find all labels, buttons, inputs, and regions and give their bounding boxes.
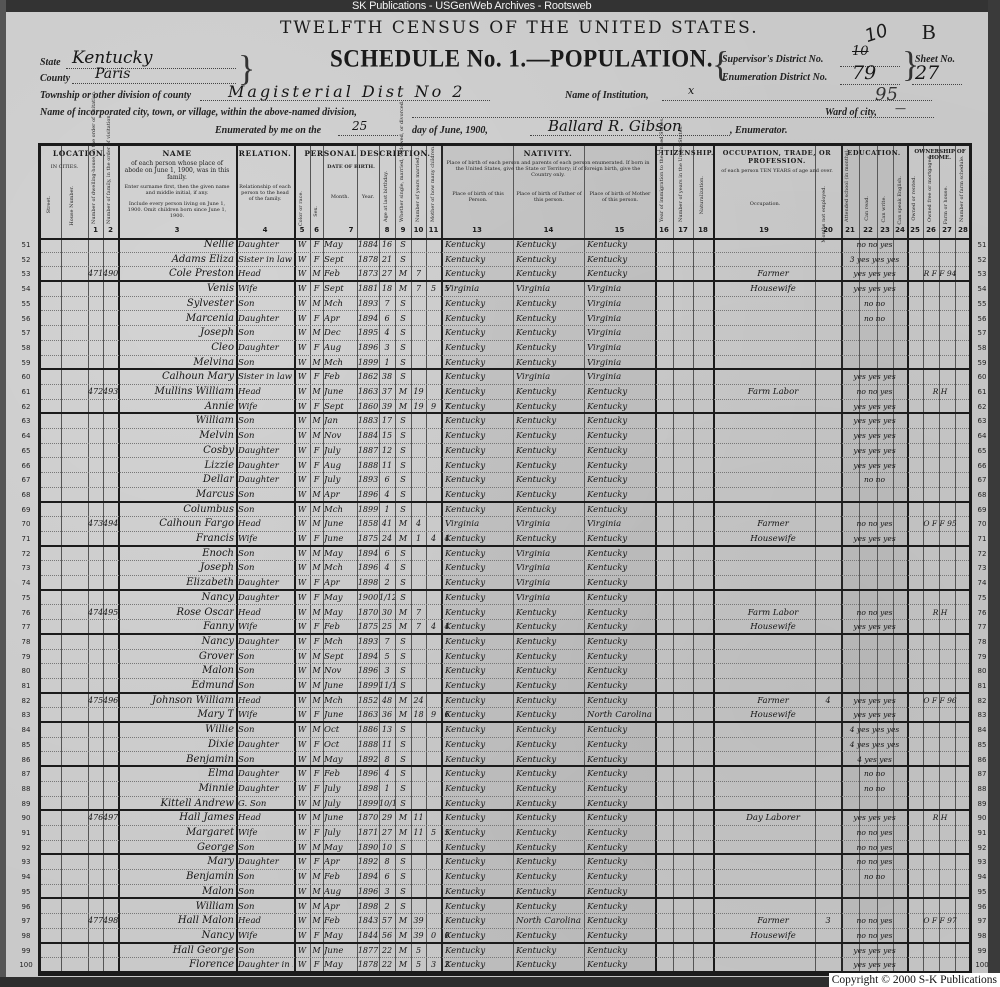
cell-mne xyxy=(815,517,841,531)
line-number-left: 67 xyxy=(16,476,36,484)
cell-mo xyxy=(426,753,441,767)
header-attended-school: Attended school (in months). xyxy=(844,166,850,222)
header-naturalization: Naturalization. xyxy=(699,176,705,214)
cell-pobf: Kentucky xyxy=(516,444,584,458)
cell-mne xyxy=(815,561,841,575)
cell-ym xyxy=(411,561,426,575)
cell-mne xyxy=(815,900,841,914)
cell-mne xyxy=(815,576,841,590)
cell-pobf: Kentucky xyxy=(516,944,584,958)
cell-pob: Kentucky xyxy=(445,532,513,546)
sheet-underline xyxy=(912,84,962,85)
cell-pobm: Kentucky xyxy=(587,694,655,708)
line-number-right: 68 xyxy=(972,491,992,499)
cell-own: R H xyxy=(908,606,972,620)
line-number-left: 86 xyxy=(16,756,36,764)
cell-pob: Kentucky xyxy=(445,238,513,252)
cell-name: Malon xyxy=(121,664,234,678)
cell-own xyxy=(908,312,972,326)
colnum: 23 xyxy=(877,226,893,234)
cell-edu: no no yes xyxy=(842,385,907,399)
cell-edu xyxy=(842,561,907,575)
cell-race: W xyxy=(294,620,310,634)
cell-fam xyxy=(103,797,118,811)
cell-rel: Daughter xyxy=(238,591,293,605)
cell-pob: Kentucky xyxy=(445,841,513,855)
census-page: SK Publications - USGenWeb Archives - Ro… xyxy=(0,0,1000,987)
cell-pobf: Kentucky xyxy=(516,297,584,311)
line-number-right: 83 xyxy=(972,711,992,719)
cell-race: W xyxy=(294,238,310,252)
colnum: 28 xyxy=(955,226,971,234)
cell-race: W xyxy=(294,488,310,502)
cell-edu: yes yes yes xyxy=(842,429,907,443)
cell-dw xyxy=(88,753,103,767)
cell-own: R H xyxy=(908,811,972,825)
cell-dw xyxy=(88,326,103,340)
cell-pob: Kentucky xyxy=(445,459,513,473)
cell-year: 1871 xyxy=(357,826,379,840)
cell-ym xyxy=(411,473,426,487)
table-row: Mary TWifeWFJune186336M1896KentuckyKentu… xyxy=(41,708,969,723)
cell-rel: Head xyxy=(238,517,293,531)
cell-mne: 4 xyxy=(815,694,841,708)
cell-fam xyxy=(103,561,118,575)
cell-sex: M xyxy=(310,694,323,708)
cell-pob: Kentucky xyxy=(445,312,513,326)
cell-fam: 498 xyxy=(103,914,118,928)
header-sex: Sex. xyxy=(313,206,319,217)
cell-fam xyxy=(103,650,118,664)
cell-month: Feb xyxy=(324,914,357,928)
cell-dw xyxy=(88,238,103,252)
cell-fam xyxy=(103,767,118,781)
cell-year: 1886 xyxy=(357,723,379,737)
line-number-right: 75 xyxy=(972,594,992,602)
line-number-left: 64 xyxy=(16,432,36,440)
cell-sex: F xyxy=(310,635,323,649)
cell-sex: F xyxy=(310,370,323,384)
cell-mne xyxy=(815,870,841,884)
cell-sex: M xyxy=(310,517,323,531)
header-can-speak: Can speak English. xyxy=(897,176,903,225)
cell-rel: Head xyxy=(238,811,293,825)
cell-age: 17 xyxy=(379,414,395,428)
ward-label: Ward of city, xyxy=(825,107,877,118)
table-row: ElmaDaughterWFFeb18964SKentuckyKentuckyK… xyxy=(41,767,969,782)
cell-pobf: Kentucky xyxy=(516,797,584,811)
cell-ym xyxy=(411,370,426,384)
cell-age: 4 xyxy=(379,561,395,575)
cell-race: W xyxy=(294,385,310,399)
cell-dw xyxy=(88,341,103,355)
cell-mne xyxy=(815,312,841,326)
cell-mo xyxy=(426,326,441,340)
cell-edu: yes yes yes xyxy=(842,370,907,384)
line-number-right: 65 xyxy=(972,447,992,455)
cell-pobf: Kentucky xyxy=(516,826,584,840)
cell-dw: 475 xyxy=(88,694,103,708)
cell-month: Apr xyxy=(324,576,357,590)
cell-rel: Son xyxy=(238,326,293,340)
cell-fam xyxy=(103,488,118,502)
cell-pobm: Kentucky xyxy=(587,914,655,928)
cell-edu xyxy=(842,547,907,561)
cell-age: 4 xyxy=(379,767,395,781)
cell-mo: 5 xyxy=(426,826,441,840)
cell-ym: 5 xyxy=(411,944,426,958)
cell-ym xyxy=(411,444,426,458)
county-label: County xyxy=(40,73,70,84)
line-number-right: 71 xyxy=(972,535,992,543)
cell-rel: Head xyxy=(238,385,293,399)
cell-fam xyxy=(103,885,118,899)
cell-rel: Son xyxy=(238,414,293,428)
cell-name: Rose Oscar xyxy=(121,606,234,620)
cell-age: 1 xyxy=(379,782,395,796)
colnum: 13 xyxy=(441,226,513,234)
table-row: CosbyDaughterWFJuly188712SKentuckyKentuc… xyxy=(41,444,969,459)
cell-occ xyxy=(731,738,815,752)
cell-edu xyxy=(842,635,907,649)
cell-age: 21 xyxy=(379,253,395,267)
cell-rel: Daughter xyxy=(238,473,293,487)
cell-fam xyxy=(103,312,118,326)
cell-dw xyxy=(88,650,103,664)
cell-pob: Kentucky xyxy=(445,723,513,737)
cell-race: W xyxy=(294,561,310,575)
cell-mar: S xyxy=(395,767,411,781)
cell-edu xyxy=(842,341,907,355)
cell-rel: Daughter xyxy=(238,444,293,458)
cell-mne xyxy=(815,238,841,252)
cell-mo xyxy=(426,811,441,825)
cell-race: W xyxy=(294,267,310,281)
cell-sex: M xyxy=(310,679,323,693)
table-row: WilliamSonWMApr18982SKentuckyKentuckyKen… xyxy=(41,900,969,915)
cell-name: Joseph xyxy=(121,561,234,575)
line-number-left: 87 xyxy=(16,770,36,778)
cell-name: Elma xyxy=(121,767,234,781)
cell-pobm: Kentucky xyxy=(587,473,655,487)
cell-age: 48 xyxy=(379,694,395,708)
cell-dw xyxy=(88,664,103,678)
cell-mo xyxy=(426,576,441,590)
cell-mne xyxy=(815,282,841,296)
cell-mo xyxy=(426,679,441,693)
cell-pobm: Kentucky xyxy=(587,826,655,840)
table-row: MaryDaughterWFApr18928SKentuckyKentuckyK… xyxy=(41,855,969,870)
cell-mar: S xyxy=(395,473,411,487)
cell-race: W xyxy=(294,356,310,370)
line-number-right: 97 xyxy=(972,917,992,925)
cell-pobf: Kentucky xyxy=(516,385,584,399)
line-number-right: 67 xyxy=(972,476,992,484)
cell-mne xyxy=(815,855,841,869)
line-number-left: 97 xyxy=(16,917,36,925)
cell-month: Oct xyxy=(324,723,357,737)
cell-own: O F F 97 xyxy=(908,914,972,928)
cell-mo: 3 xyxy=(426,958,441,972)
cell-mo xyxy=(426,297,441,311)
cell-dw xyxy=(88,459,103,473)
cell-age: 7 xyxy=(379,635,395,649)
cell-sex: F xyxy=(310,444,323,458)
cell-name: Kittell Andrew xyxy=(121,797,234,811)
cell-name: Benjamin xyxy=(121,870,234,884)
sheet-mark: 10 xyxy=(862,20,890,47)
colnum: 14 xyxy=(513,226,584,234)
cell-pob: Kentucky xyxy=(445,958,513,972)
cell-ym: 39 xyxy=(411,914,426,928)
cell-name: Melvin xyxy=(121,429,234,443)
line-number-right: 92 xyxy=(972,844,992,852)
table-row: LizzieDaughterWFAug188811SKentuckyKentuc… xyxy=(41,459,969,474)
cell-mar: S xyxy=(395,591,411,605)
colnum: 18 xyxy=(693,226,713,234)
cell-mar: S xyxy=(395,238,411,252)
cell-dw xyxy=(88,532,103,546)
county-underline xyxy=(72,83,236,84)
line-number-left: 77 xyxy=(16,623,36,631)
cell-name: Fanny xyxy=(121,620,234,634)
cell-rel: Son xyxy=(238,561,293,575)
cell-mo xyxy=(426,885,441,899)
supervisor-label: Supervisor's District No. xyxy=(722,54,823,65)
cell-rel: Daughter xyxy=(238,782,293,796)
cell-mo xyxy=(426,855,441,869)
cell-race: W xyxy=(294,694,310,708)
cell-occ xyxy=(731,356,815,370)
enumeration-label: Enumeration District No. xyxy=(722,72,827,83)
cell-year: 1894 xyxy=(357,312,379,326)
cell-pobf: Kentucky xyxy=(516,312,584,326)
cell-month: June xyxy=(324,385,357,399)
line-number-left: 92 xyxy=(16,844,36,852)
cell-year: 1898 xyxy=(357,900,379,914)
cell-occ xyxy=(731,459,815,473)
cell-occ xyxy=(731,782,815,796)
line-number-right: 84 xyxy=(972,726,992,734)
colnum: 9 xyxy=(395,226,411,234)
cell-pobm: Kentucky xyxy=(587,900,655,914)
line-number-right: 91 xyxy=(972,829,992,837)
cell-pobm: Kentucky xyxy=(587,855,655,869)
cell-age: 38 xyxy=(379,370,395,384)
cell-ym xyxy=(411,356,426,370)
cell-dw xyxy=(88,576,103,590)
cell-pobf: Kentucky xyxy=(516,488,584,502)
cell-pobf: Kentucky xyxy=(516,811,584,825)
cell-fam xyxy=(103,944,118,958)
line-number-right: 86 xyxy=(972,756,992,764)
line-number-left: 84 xyxy=(16,726,36,734)
cell-mar: S xyxy=(395,341,411,355)
cell-name: Elizabeth xyxy=(121,576,234,590)
cell-pob: Virginia xyxy=(445,517,513,531)
cell-pobm: Kentucky xyxy=(587,429,655,443)
line-number-left: 99 xyxy=(16,947,36,955)
table-row: Calhoun MarySister in lawWFFeb186238SKen… xyxy=(41,370,969,385)
cell-sex: M xyxy=(310,723,323,737)
cell-fam xyxy=(103,297,118,311)
cell-own xyxy=(908,929,972,943)
cell-year: 1896 xyxy=(357,488,379,502)
supervisor-value: 10 xyxy=(852,44,869,59)
table-row: WillieSonWMOct188613SKentuckyKentuckyKen… xyxy=(41,723,969,738)
left-edge xyxy=(0,0,6,987)
enumerator-label: , Enumerator. xyxy=(730,125,788,136)
cell-age: 22 xyxy=(379,958,395,972)
cell-mo xyxy=(426,723,441,737)
cell-mne xyxy=(815,767,841,781)
cell-pobf: Kentucky xyxy=(516,503,584,517)
cell-race: W xyxy=(294,650,310,664)
cell-name: Adams Eliza xyxy=(121,253,234,267)
colnum: 15 xyxy=(584,226,655,234)
cell-name: William xyxy=(121,414,234,428)
cell-mne xyxy=(815,650,841,664)
cell-edu xyxy=(842,488,907,502)
cell-fam: 495 xyxy=(103,606,118,620)
cell-year: 1888 xyxy=(357,459,379,473)
cell-rel: Wife xyxy=(238,929,293,943)
cell-dw xyxy=(88,414,103,428)
cell-occ xyxy=(731,664,815,678)
cell-rel: Daughter xyxy=(238,576,293,590)
line-number-left: 82 xyxy=(16,697,36,705)
cell-race: W xyxy=(294,753,310,767)
cell-month: July xyxy=(324,826,357,840)
cell-mo xyxy=(426,606,441,620)
cell-month: Apr xyxy=(324,312,357,326)
cell-fam xyxy=(103,238,118,252)
cell-mar: M xyxy=(395,958,411,972)
cell-mo xyxy=(426,547,441,561)
cell-dw xyxy=(88,488,103,502)
cell-fam xyxy=(103,444,118,458)
cell-rel: Son xyxy=(238,723,293,737)
cell-own xyxy=(908,532,972,546)
cell-own xyxy=(908,488,972,502)
cell-mar: S xyxy=(395,503,411,517)
cell-pobm: Virginia xyxy=(587,297,655,311)
cell-mar: M xyxy=(395,929,411,943)
cell-mo xyxy=(426,253,441,267)
cell-pob: Kentucky xyxy=(445,267,513,281)
cell-edu: no no yes xyxy=(842,841,907,855)
cell-sex: F xyxy=(310,782,323,796)
line-number-right: 82 xyxy=(972,697,992,705)
cell-mne xyxy=(815,385,841,399)
cell-pobf: Kentucky xyxy=(516,782,584,796)
cell-edu: yes yes yes xyxy=(842,620,907,634)
cell-year: 1899 xyxy=(357,356,379,370)
cell-ym: 18 xyxy=(411,708,426,722)
cell-year: 1896 xyxy=(357,885,379,899)
cell-fam: 497 xyxy=(103,811,118,825)
line-number-right: 93 xyxy=(972,858,992,866)
line-number-left: 81 xyxy=(16,682,36,690)
cell-mo xyxy=(426,385,441,399)
line-number-right: 90 xyxy=(972,814,992,822)
line-number-right: 81 xyxy=(972,682,992,690)
cell-mo xyxy=(426,503,441,517)
cell-rel: Daughter xyxy=(238,635,293,649)
table-row: Kittell AndrewG. SonWMJuly189910/12SKent… xyxy=(41,797,969,812)
cell-pob: Kentucky xyxy=(445,253,513,267)
cell-race: W xyxy=(294,517,310,531)
cell-year: 1893 xyxy=(357,297,379,311)
cell-own xyxy=(908,591,972,605)
cell-fam xyxy=(103,753,118,767)
header-years-married: Number of years married. xyxy=(415,166,421,222)
cell-mne xyxy=(815,473,841,487)
cell-pobf: Kentucky xyxy=(516,900,584,914)
table-row: Hall GeorgeSonWMJune187722M5KentuckyKent… xyxy=(41,944,969,959)
cell-year: 1887 xyxy=(357,444,379,458)
cell-mo: 9 xyxy=(426,400,441,414)
cell-fam xyxy=(103,400,118,414)
cell-name: Florence xyxy=(121,958,234,972)
cell-mar: S xyxy=(395,650,411,664)
table-row: MalonSonWMAug18963SKentuckyKentuckyKentu… xyxy=(41,885,969,900)
table-row: 477498Hall MalonHeadWMFeb184357M39Kentuc… xyxy=(41,914,969,929)
cell-race: W xyxy=(294,679,310,693)
cell-mar: M xyxy=(395,914,411,928)
cell-rel: Wife xyxy=(238,532,293,546)
table-row: FlorenceDaughter in lawWFMay187822M532Ke… xyxy=(41,958,969,973)
cell-edu: no no xyxy=(842,782,907,796)
cell-month: Mch xyxy=(324,635,357,649)
line-number-right: 55 xyxy=(972,300,992,308)
cell-rel: Daughter xyxy=(238,738,293,752)
cell-rel: Son xyxy=(238,664,293,678)
cell-rel: Head xyxy=(238,267,293,281)
cell-mne xyxy=(815,547,841,561)
cell-mar: S xyxy=(395,547,411,561)
line-number-left: 88 xyxy=(16,785,36,793)
cell-mo xyxy=(426,797,441,811)
cell-pob: Kentucky xyxy=(445,606,513,620)
cell-mne xyxy=(815,532,841,546)
line-number-right: 61 xyxy=(972,388,992,396)
cell-own xyxy=(908,620,972,634)
cell-mne xyxy=(815,591,841,605)
table-row: EnochSonWMMay18946SKentuckyVirginiaKentu… xyxy=(41,547,969,562)
cell-rel: Sister in law xyxy=(238,370,293,384)
cell-own: O F F 95 xyxy=(908,517,972,531)
cell-ym: 11 xyxy=(411,811,426,825)
cell-month: Sept xyxy=(324,253,357,267)
cell-age: 6 xyxy=(379,870,395,884)
cell-sex: M xyxy=(310,297,323,311)
cell-month: July xyxy=(324,473,357,487)
cell-race: W xyxy=(294,370,310,384)
header-nativity: NATIVITY. xyxy=(441,149,655,158)
colnum: 6 xyxy=(310,226,323,234)
cell-mne xyxy=(815,267,841,281)
cell-mo xyxy=(426,650,441,664)
cell-ym xyxy=(411,650,426,664)
cell-pob: Kentucky xyxy=(445,591,513,605)
colnum: 5 xyxy=(294,226,310,234)
cell-pobf: Kentucky xyxy=(516,767,584,781)
cell-rel: Son xyxy=(238,488,293,502)
table-row: NancyDaughterWFMch18937SKentuckyKentucky… xyxy=(41,635,969,650)
cell-mne xyxy=(815,620,841,634)
cell-fam xyxy=(103,708,118,722)
